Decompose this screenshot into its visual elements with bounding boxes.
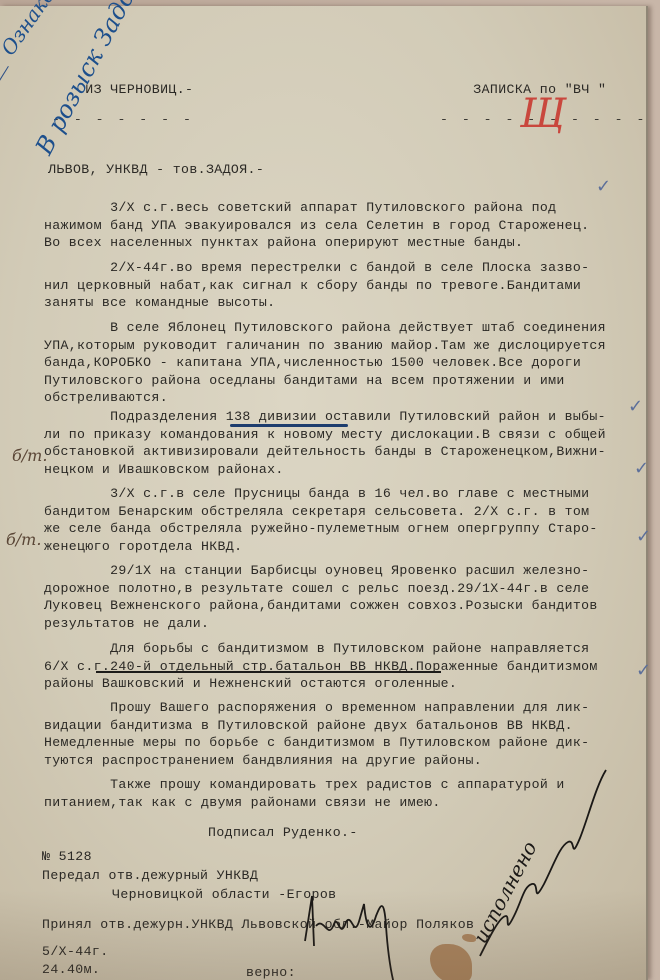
check-mark-icon: ✓ xyxy=(636,660,651,681)
text-line: же селе банда обстреляла ружейно-пулемет… xyxy=(44,520,644,538)
text-line: обстановкой активизировали дейтельность … xyxy=(44,443,644,461)
text-line: Прошу Вашего распоряжения о временном на… xyxy=(44,699,644,717)
paragraph-3: В селе Яблонец Путиловского района дейст… xyxy=(44,319,644,407)
text-line: УПА,которым руководит галичанин по звани… xyxy=(44,337,644,355)
paragraph-4: Подразделения 138 дивизии оставили Путил… xyxy=(44,408,644,478)
paragraph-7: Для борьбы с бандитизмом в Путиловском р… xyxy=(44,640,644,693)
margin-note-bt-1: б/т. xyxy=(12,446,47,465)
paragraph-5: 3/Х с.г.в селе Прусницы банда в 16 чел.в… xyxy=(44,485,644,555)
underline-138-division xyxy=(230,424,348,427)
text-line: нецком и Ивашковском районах. xyxy=(44,461,644,479)
date: 5/Х-44г. xyxy=(42,943,109,960)
sent-by-line-1: Передал отв.дежурный УНКВД xyxy=(42,867,258,884)
text-line: нил церковный набат,как сигнал к сбору б… xyxy=(44,277,644,295)
text-line: Немедленные меры по борьбе с бандитизмом… xyxy=(44,734,644,752)
right-signature-icon xyxy=(470,766,620,966)
origin-text: ИЗ ЧЕРНОВИЦ.- xyxy=(85,82,193,97)
text-line: 29/1Х на станции Барбисцы оуновец Яровен… xyxy=(44,562,644,580)
received-by: Принял отв.дежурн.УНКВД Львовской обл.-М… xyxy=(42,916,474,933)
text-line: заняты все командные высоты. xyxy=(44,294,644,312)
paragraph-1: 3/Х с.г.весь советский аппарат Путиловск… xyxy=(44,199,644,252)
text-line: результатов не дали. xyxy=(44,615,644,633)
margin-note-bt-2: б/т. xyxy=(6,530,41,549)
document-page: ИЗ ЧЕРНОВИЦ.- - - - - - - - ЗАПИСКА по "… xyxy=(0,6,648,980)
paper-stain xyxy=(430,944,472,980)
text-line: видации бандитизма в Путиловской районе … xyxy=(44,717,644,735)
text-line: нажимом банд УПА эвакуировался из села С… xyxy=(44,217,644,235)
text-line: 3/Х с.г.в селе Прусницы банда в 16 чел.в… xyxy=(44,485,644,503)
text-line: Для борьбы с бандитизмом в Путиловском р… xyxy=(44,640,644,658)
check-mark-icon: ✓ xyxy=(628,396,643,417)
time: 24.40м. xyxy=(42,961,100,978)
check-mark-icon: ✓ xyxy=(636,526,651,547)
text-line: дорожное полотно,в результате сошел с ре… xyxy=(44,580,644,598)
text-line: Подразделения 138 дивизии оставили Путил… xyxy=(44,408,644,426)
text-line: обстреливаются. xyxy=(44,389,644,407)
text-line: Путиловского района оседланы бандитами н… xyxy=(44,372,644,390)
paragraph-6: 29/1Х на станции Барбисцы оуновец Яровен… xyxy=(44,562,644,632)
text-line: Луковец Вежненского района,бандитами сож… xyxy=(44,597,644,615)
check-mark-icon: ✓ xyxy=(596,176,611,197)
text-line: банда,КОРОБКО - капитана УПА,численность… xyxy=(44,354,644,372)
text-line: В селе Яблонец Путиловского района дейст… xyxy=(44,319,644,337)
check-mark-icon: ✓ xyxy=(634,458,649,479)
red-pencil-mark: Щ xyxy=(520,91,566,137)
certified-label: верно: xyxy=(246,964,296,980)
underline-240-battalion xyxy=(96,671,441,673)
paragraph-8: Прошу Вашего распоряжения о временном на… xyxy=(44,699,644,769)
text-line: женецюго горотдела НКВД. xyxy=(44,538,644,556)
certified-signature-icon xyxy=(300,886,420,980)
signed-by: Подписал Руденко.- xyxy=(208,824,358,841)
text-line: районы Вашковский и Нежненский остаются … xyxy=(44,675,644,693)
text-line: ли по приказу командования к новому мест… xyxy=(44,426,644,444)
text-line: 2/Х-44г.во время перестрелки с бандой в … xyxy=(44,259,644,277)
paragraph-2: 2/Х-44г.во время перестрелки с бандой в … xyxy=(44,259,644,312)
text-line: 3/Х с.г.весь советский аппарат Путиловск… xyxy=(44,199,644,217)
text-line: Во всех населенных пунктах района оперир… xyxy=(44,234,644,252)
text-line: бандитом Бенарским обстреляла секретаря … xyxy=(44,503,644,521)
paper-stain xyxy=(462,934,476,942)
margin-ink-line xyxy=(0,66,9,168)
message-number: № 5128 xyxy=(42,848,92,865)
addressee: ЛЬВОВ, УНКВД - тов.ЗАДОЯ.- xyxy=(48,161,264,178)
